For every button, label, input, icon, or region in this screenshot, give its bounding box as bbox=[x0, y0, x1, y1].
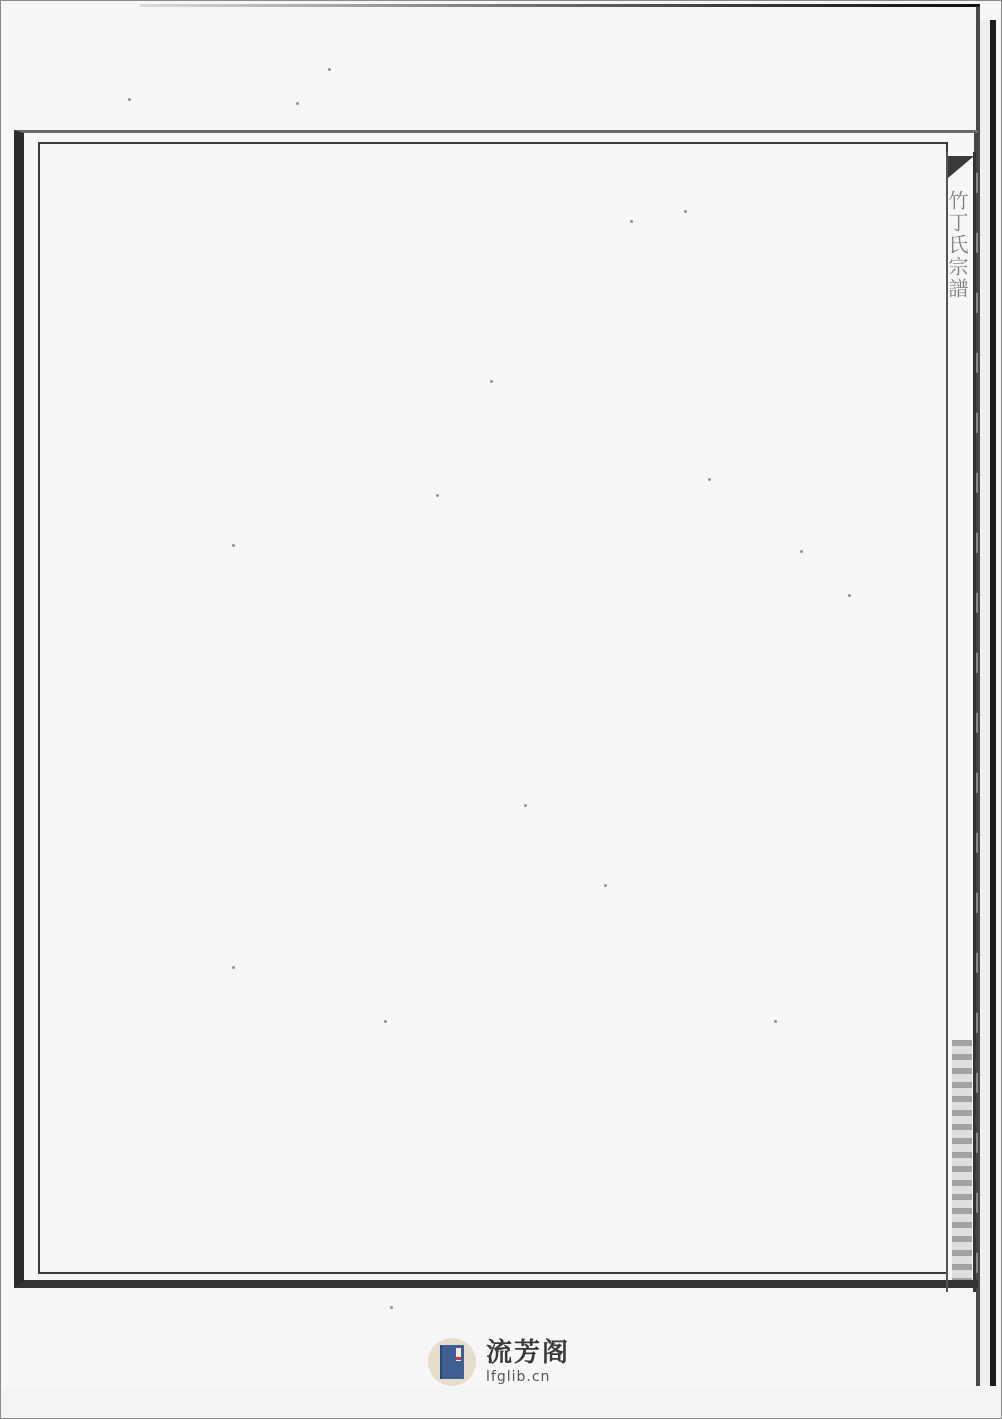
watermark-url: lfglib.cn bbox=[486, 1370, 570, 1384]
fore-edge-gap bbox=[980, 20, 990, 1386]
watermark-title: 流芳阁 bbox=[486, 1340, 570, 1366]
watermark: 流芳阁 lfglib.cn bbox=[428, 1336, 588, 1388]
book-label-icon bbox=[456, 1348, 461, 1361]
ink-speck bbox=[630, 220, 633, 223]
fishtail-mark-icon bbox=[948, 156, 974, 178]
ink-speck bbox=[328, 68, 331, 71]
page-top-edge bbox=[140, 4, 980, 7]
ink-speck bbox=[232, 966, 235, 969]
ink-speck bbox=[604, 884, 607, 887]
ink-speck bbox=[684, 210, 687, 213]
ink-speck bbox=[232, 544, 235, 547]
ink-speck bbox=[390, 1306, 393, 1309]
page-bottom-margin bbox=[2, 1387, 998, 1417]
logo-circle bbox=[428, 1338, 476, 1386]
ink-speck bbox=[708, 478, 711, 481]
ink-speck bbox=[436, 494, 439, 497]
inner-frame-border bbox=[38, 142, 948, 1274]
watermark-text: 流芳阁 lfglib.cn bbox=[486, 1340, 570, 1384]
ink-speck bbox=[774, 1020, 777, 1023]
banxin-title: 竹丁氏宗譜 bbox=[950, 190, 972, 300]
book-icon bbox=[440, 1345, 464, 1379]
ink-smudge bbox=[952, 1040, 972, 1280]
ink-speck bbox=[384, 1020, 387, 1023]
ink-speck bbox=[296, 102, 299, 105]
ink-speck bbox=[800, 550, 803, 553]
ink-speck bbox=[490, 380, 493, 383]
ink-speck bbox=[848, 594, 851, 597]
fore-edge bbox=[990, 20, 996, 1386]
ink-speck bbox=[128, 98, 131, 101]
ink-speck bbox=[524, 804, 527, 807]
